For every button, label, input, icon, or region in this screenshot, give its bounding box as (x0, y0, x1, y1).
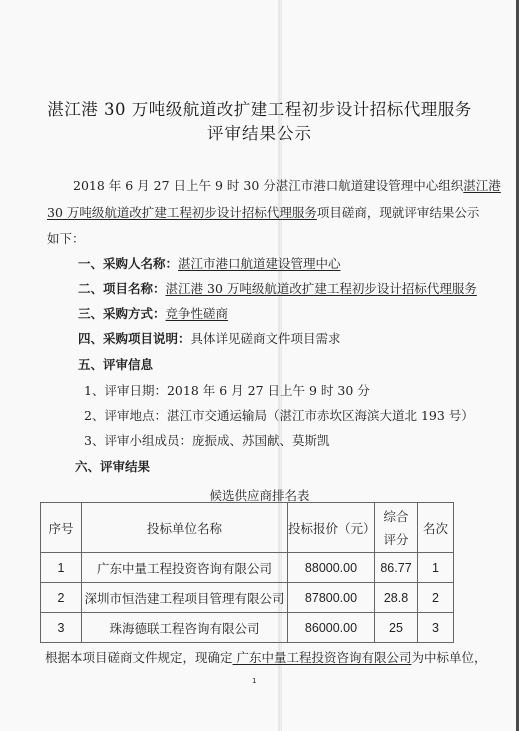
review-date-label: 1、评审日期： (84, 383, 167, 398)
cell-bid-price: 86000.00 (288, 613, 375, 643)
conclusion-text: 根据本项目磋商文件规定，现确定 (45, 650, 233, 665)
intro-line-3: 如下： (47, 229, 85, 247)
header-score-text: 综合评分 (383, 505, 408, 551)
page-number: 1 (252, 677, 256, 685)
cell-bidder-name: 珠海德联工程咨询有限公司 (82, 613, 288, 643)
document-title: 湛江港 30 万吨级航道改扩建工程初步设计招标代理服务 (0, 96, 519, 120)
cell-bid-price: 87800.00 (288, 583, 375, 613)
section-project-name: 二、项目名称：湛江港 30 万吨级航道改扩建工程初步设计招标代理服务 (78, 279, 477, 297)
table-row: 1 广东中量工程投资咨询有限公司 88000.00 86.77 1 (41, 553, 454, 583)
header-bid-price: 投标报价（元） (288, 503, 375, 553)
cell-seq: 1 (41, 553, 82, 583)
cell-bid-price: 88000.00 (288, 553, 375, 583)
section-purchaser: 一、采购人名称：湛江市港口航道建设管理中心 (78, 254, 341, 272)
review-location-label: 2、评审地点： (84, 408, 167, 423)
cell-seq: 2 (41, 583, 82, 613)
cell-seq: 3 (41, 613, 82, 643)
intro-line-1: 2018 年 6 月 27 日上午 9 时 30 分湛江市港口航道建设管理中心组… (73, 176, 501, 194)
conclusion-text-end: 为中标单位， (412, 650, 487, 665)
cell-rank: 1 (418, 553, 454, 583)
cell-rank: 2 (418, 583, 454, 613)
review-date: 1、评审日期：2018 年 6 月 27 日上午 9 时 30 分 (84, 381, 370, 399)
intro-line-2: 30 万吨级航道改扩建工程初步设计招标代理服务项目磋商，现就评审结果公示 (47, 203, 479, 221)
cell-bidder-name: 深圳市恒浩建工程项目管理有限公司 (82, 583, 288, 613)
header-seq: 序号 (41, 503, 82, 553)
purchaser-name: 湛江市港口航道建设管理中心 (178, 256, 341, 271)
section-label: 二、项目名称： (78, 281, 166, 296)
ranking-table: 序号 投标单位名称 投标报价（元） 综合评分 名次 1 广东中量工程投资咨询有限… (40, 502, 454, 643)
header-score: 综合评分 (375, 503, 418, 553)
section-procurement-method: 三、采购方式：竞争性磋商 (78, 304, 228, 322)
intro-text: 项目磋商，现就评审结果公示 (317, 205, 480, 220)
project-name: 湛江港 30 万吨级航道改扩建工程初步设计招标代理服务 (166, 281, 477, 296)
review-panel: 3、评审小组成员：庞振成、苏国献、莫斯凯 (84, 431, 329, 449)
conclusion-line: 根据本项目磋商文件规定，现确定 广东中量工程投资咨询有限公司为中标单位， (45, 648, 487, 666)
section-label: 一、采购人名称： (78, 256, 178, 271)
header-score-line2: 评分 (383, 532, 408, 547)
cell-rank: 3 (418, 613, 454, 643)
result-heading: 六、评审结果 (75, 457, 150, 475)
review-info-heading: 五、评审信息 (78, 355, 153, 373)
document-subtitle: 评审结果公示 (0, 120, 519, 144)
project-name-continued: 30 万吨级航道改扩建工程初步设计招标代理服务 (47, 205, 317, 220)
header-score-line1: 综合 (383, 509, 408, 524)
review-date-value: 2018 年 6 月 27 日上午 9 时 30 分 (167, 383, 370, 398)
section-label: 四、采购项目说明： (78, 331, 191, 346)
project-description: 具体详见磋商文件项目需求 (191, 331, 341, 346)
table-row: 2 深圳市恒浩建工程项目管理有限公司 87800.00 28.8 2 (41, 583, 454, 613)
table-row: 3 珠海德联工程咨询有限公司 86000.00 25 3 (41, 613, 454, 643)
table-header-row: 序号 投标单位名称 投标报价（元） 综合评分 名次 (41, 503, 454, 553)
review-location-value: 湛江市交通运输局（湛江市赤坎区海滨大道北 193 号） (167, 408, 474, 423)
project-name-link: 湛江港 (463, 178, 501, 193)
intro-text: 2018 年 6 月 27 日上午 9 时 30 分湛江市港口航道建设管理中心组… (73, 178, 463, 193)
winning-bidder: 广东中量工程投资咨询有限公司 (233, 650, 412, 665)
cell-score: 25 (375, 613, 418, 643)
section-project-description: 四、采购项目说明：具体详见磋商文件项目需求 (78, 329, 341, 347)
review-location: 2、评审地点：湛江市交通运输局（湛江市赤坎区海滨大道北 193 号） (84, 406, 474, 424)
cell-bidder-name: 广东中量工程投资咨询有限公司 (82, 553, 288, 583)
review-panel-value: 庞振成、苏国献、莫斯凯 (192, 433, 330, 448)
cell-score: 86.77 (375, 553, 418, 583)
cell-score: 28.8 (375, 583, 418, 613)
section-label: 三、采购方式： (78, 306, 166, 321)
procurement-method: 竞争性磋商 (166, 306, 229, 321)
header-rank: 名次 (418, 503, 454, 553)
header-bidder-name: 投标单位名称 (82, 503, 288, 553)
review-panel-label: 3、评审小组成员： (84, 433, 192, 448)
